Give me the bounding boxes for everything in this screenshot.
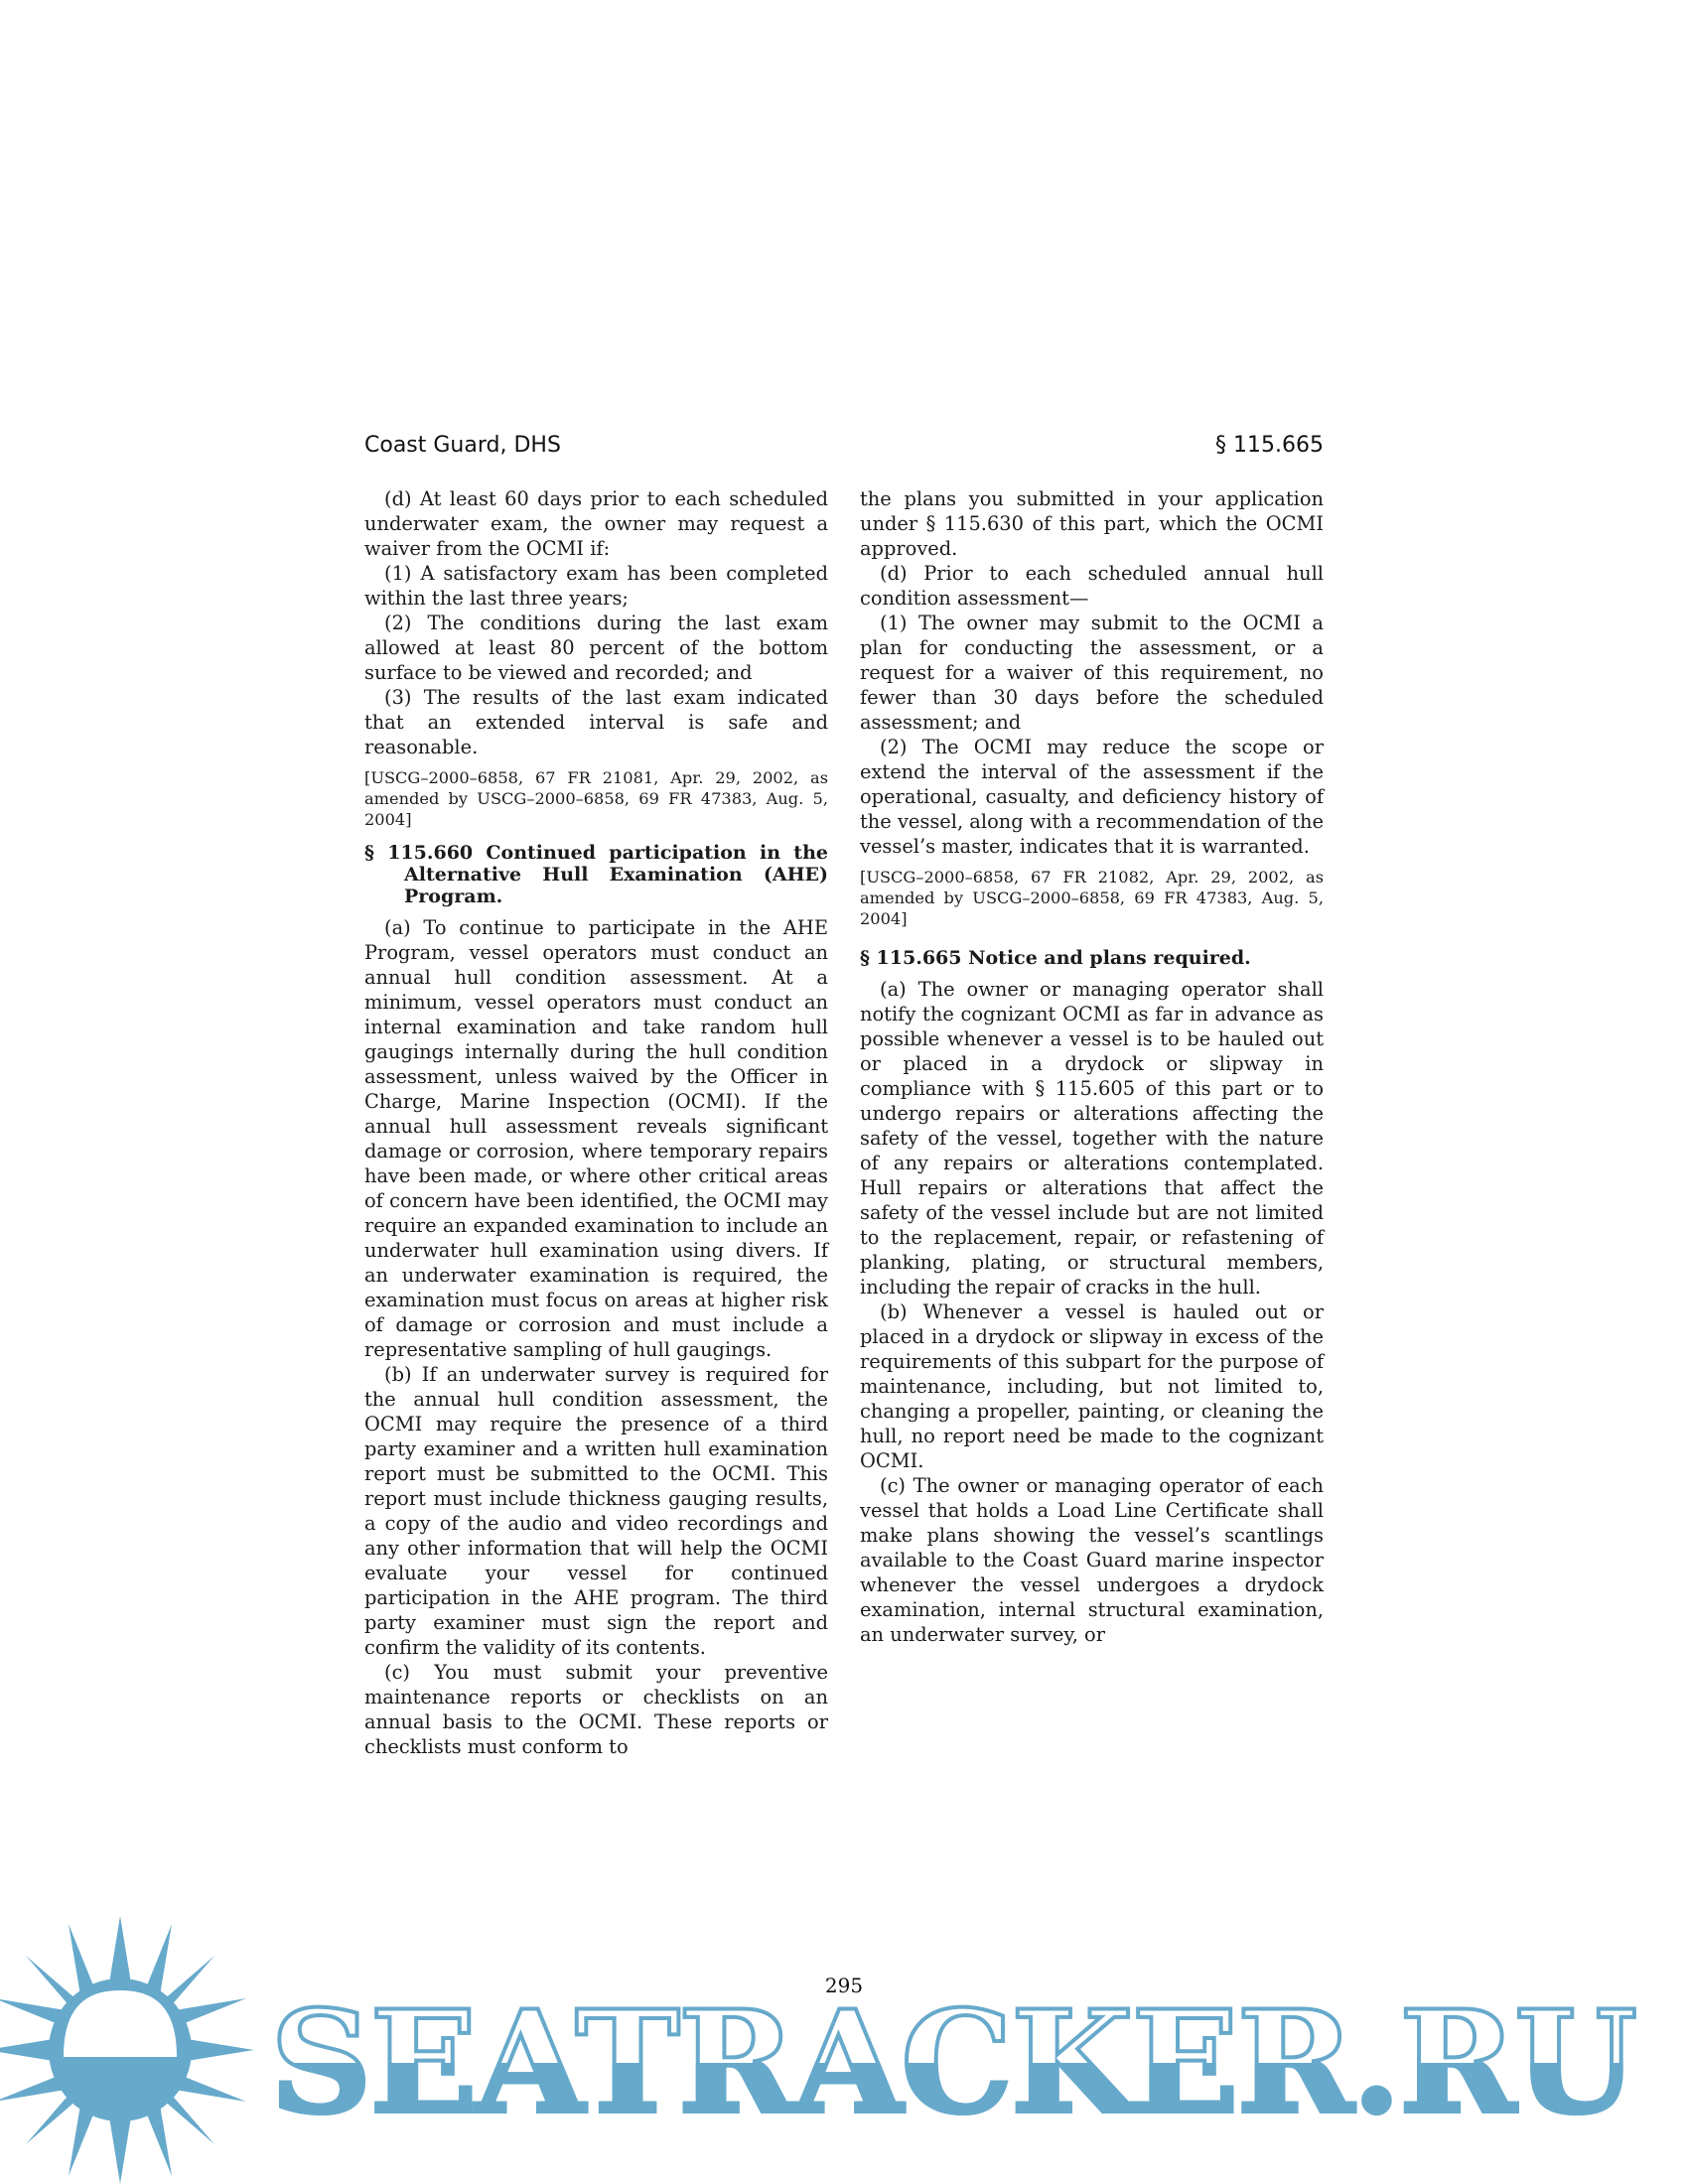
document-page: Coast Guard, DHS § 115.665 (d) At least … xyxy=(0,0,1688,2184)
paragraph-665-b: (b) Whenever a vessel is hauled out or p… xyxy=(860,1299,1324,1473)
paragraph-665-a: (a) The owner or managing operator shall… xyxy=(860,977,1324,1299)
citation-660: [USCG–2000–6858, 67 FR 21082, Apr. 29, 2… xyxy=(860,867,1324,929)
paragraph-d-waiver: (d) At least 60 days prior to each sched… xyxy=(364,486,828,561)
paragraph-660-a: (a) To continue to participate in the AH… xyxy=(364,915,828,1362)
paragraph-d-1: (1) A satisfactory exam has been complet… xyxy=(364,561,828,611)
paragraph-d-2: (2) The conditions during the last exam … xyxy=(364,611,828,685)
paragraph-660-c-continued: the plans you submitted in your applicat… xyxy=(860,486,1324,561)
watermark-text: SEATRACKER.RU xyxy=(270,1993,1635,2132)
left-column: (d) At least 60 days prior to each sched… xyxy=(364,486,828,1759)
running-head-agency: Coast Guard, DHS xyxy=(364,433,561,458)
sun-icon xyxy=(0,1916,254,2184)
running-head: Coast Guard, DHS § 115.665 xyxy=(364,433,1324,463)
citation-660-prev: [USCG–2000–6858, 67 FR 21081, Apr. 29, 2… xyxy=(364,767,828,830)
paragraph-660-b: (b) If an underwater survey is required … xyxy=(364,1362,828,1660)
paragraph-660-d-2: (2) The OCMI may reduce the scope or ext… xyxy=(860,735,1324,859)
paragraph-660-d-1: (1) The owner may submit to the OCMI a p… xyxy=(860,611,1324,735)
page-number: 295 xyxy=(822,1974,866,1997)
paragraph-660-c: (c) You must submit your preventive main… xyxy=(364,1660,828,1759)
paragraph-665-c: (c) The owner or managing operator of ea… xyxy=(860,1473,1324,1647)
right-column: the plans you submitted in your applicat… xyxy=(860,486,1324,1647)
paragraph-660-d: (d) Prior to each scheduled annual hull … xyxy=(860,561,1324,611)
section-heading-115-660: § 115.660 Continued participation in the… xyxy=(364,842,828,907)
paragraph-d-3: (3) The results of the last exam indicat… xyxy=(364,685,828,759)
running-head-section: § 115.665 xyxy=(1215,433,1324,458)
section-heading-115-665: § 115.665 Notice and plans required. xyxy=(860,947,1324,969)
